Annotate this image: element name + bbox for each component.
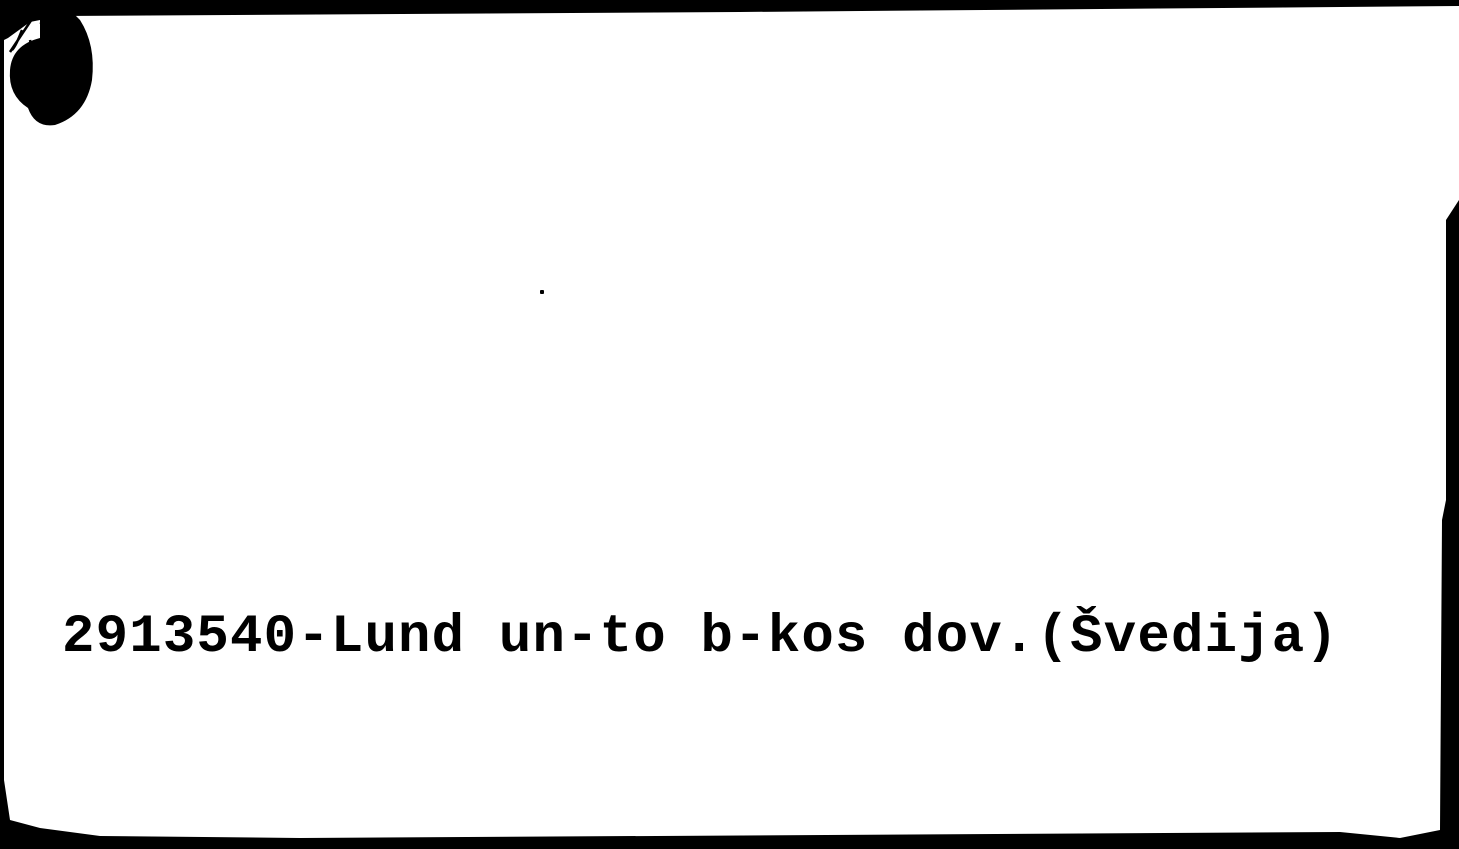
card-paper <box>0 0 1459 849</box>
index-card: 2913540-Lund un-to b-kos dov.(Švedija) <box>0 0 1459 849</box>
paper-speck <box>540 290 544 294</box>
catalog-entry: 2913540-Lund un-to b-kos dov.(Švedija) <box>62 603 1339 673</box>
punch-hole <box>0 0 100 135</box>
